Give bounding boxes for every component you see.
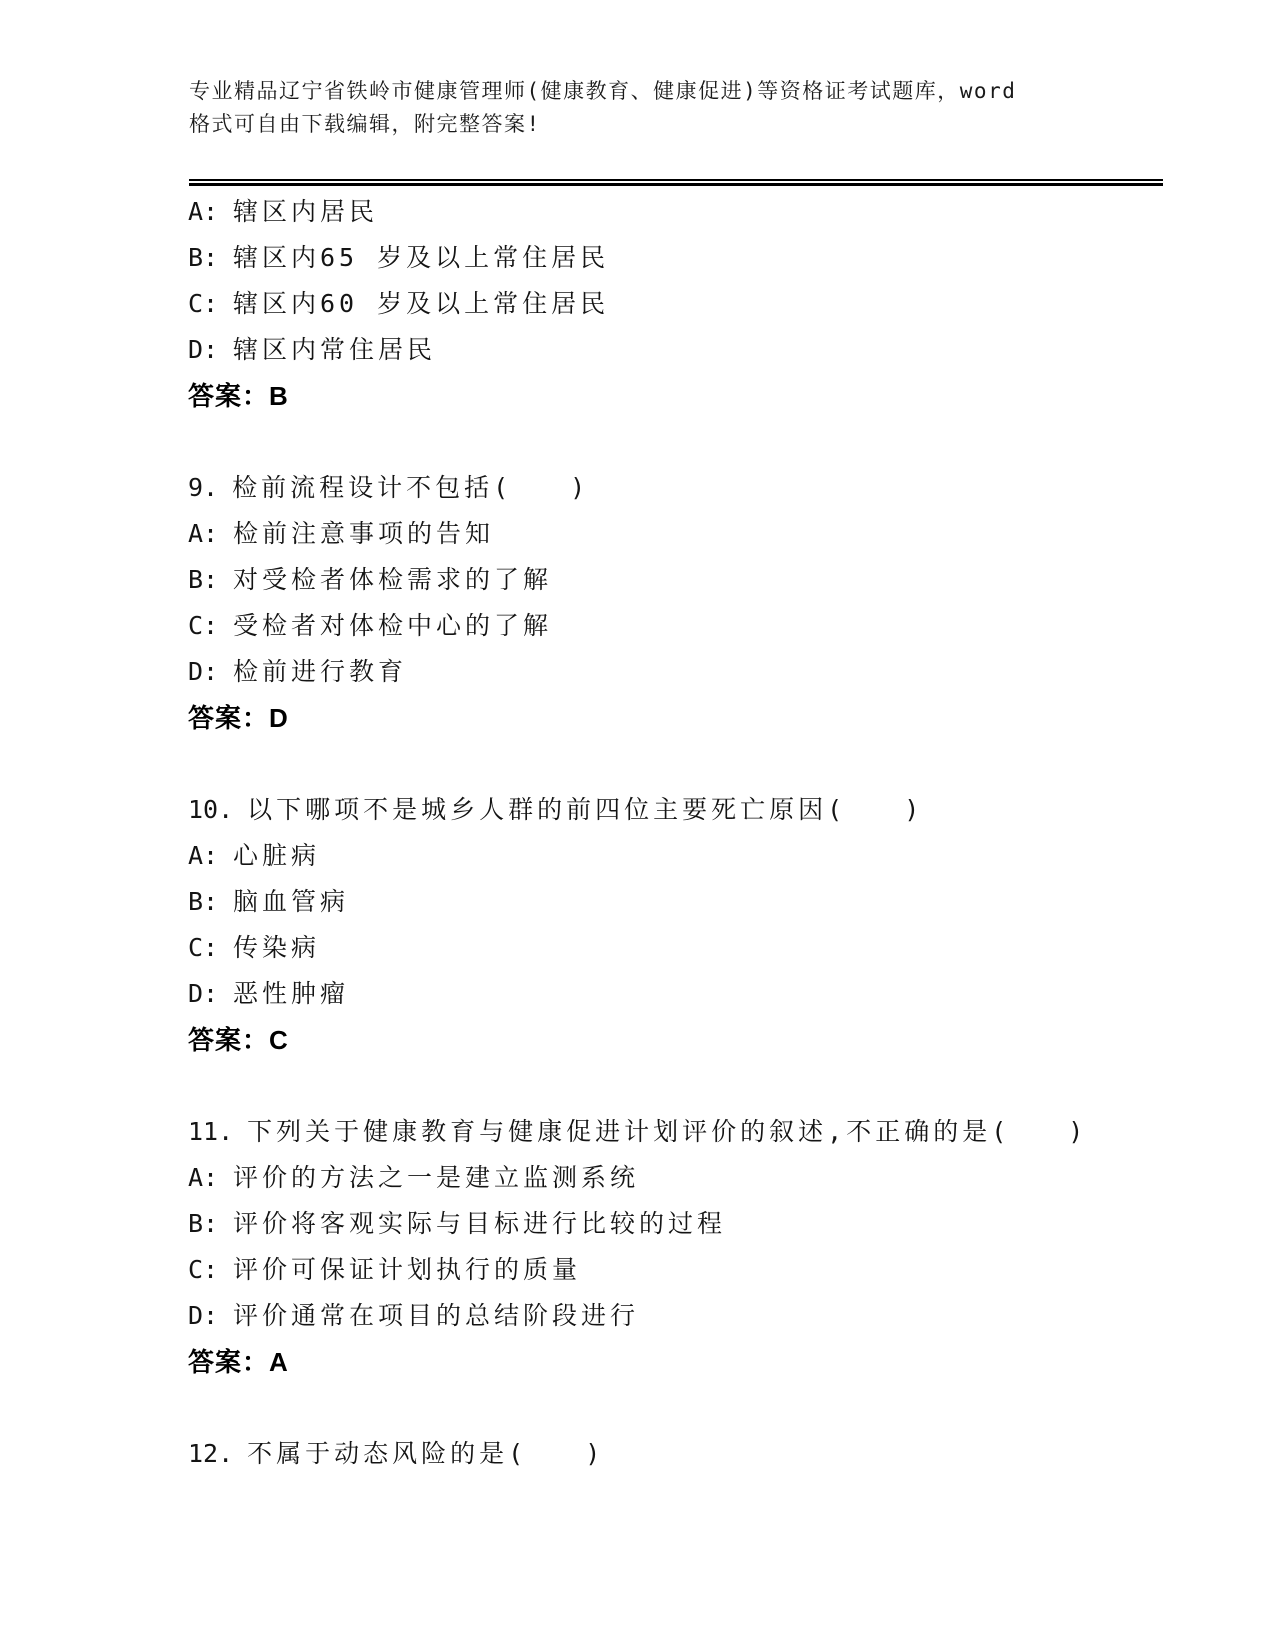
option-label: A: [188, 841, 233, 871]
question-number: 12. [188, 1439, 233, 1469]
option-label: C: [188, 611, 233, 641]
option-text: 评价可保证计划执行的质量 [233, 1255, 581, 1284]
option-d: D:检前进行教育 [188, 657, 407, 687]
option-d: D:恶性肿瘤 [188, 979, 349, 1009]
option-label: A: [188, 197, 233, 227]
option-d: D:辖区内常住居民 [188, 335, 436, 365]
question-9: 9.检前流程设计不包括() [188, 473, 589, 503]
question-12: 12.不属于动态风险的是() [188, 1439, 604, 1469]
option-label: C: [188, 289, 233, 319]
option-label: C: [188, 1255, 233, 1285]
option-text: 传染病 [233, 933, 320, 962]
question-close-paren: ) [570, 473, 589, 502]
question-number: 11. [188, 1117, 233, 1147]
question-close-paren: ) [1068, 1117, 1087, 1146]
option-label: C: [188, 933, 233, 963]
question-11: 11.下列关于健康教育与健康促进计划评价的叙述,不正确的是() [188, 1117, 1087, 1147]
question-10: 10.以下哪项不是城乡人群的前四位主要死亡原因() [188, 795, 923, 825]
option-b: B:辖区内65 岁及以上常住居民 [188, 243, 609, 273]
header-divider-thin [189, 179, 1163, 181]
option-label: A: [188, 519, 233, 549]
option-c: C:辖区内60 岁及以上常住居民 [188, 289, 609, 319]
option-label: D: [188, 979, 233, 1009]
answer-line: 答案：D [188, 703, 289, 733]
option-c: C:评价可保证计划执行的质量 [188, 1255, 581, 1285]
option-a: A:检前注意事项的告知 [188, 519, 494, 549]
option-text: 辖区内常住居民 [233, 335, 436, 364]
header-line-2: 格式可自由下载编辑，附完整答案! [189, 108, 1089, 141]
question-number: 9. [188, 473, 218, 503]
option-text: 评价将客观实际与目标进行比较的过程 [233, 1209, 726, 1238]
question-text: 不属于动态风险的是( [247, 1439, 527, 1468]
option-a: A:心脏病 [188, 841, 320, 871]
option-text: 辖区内60 岁及以上常住居民 [233, 289, 609, 318]
option-text: 受检者对体检中心的了解 [233, 611, 552, 640]
option-b: B:对受检者体检需求的了解 [188, 565, 552, 595]
header-divider-thick [189, 183, 1163, 186]
answer-line: 答案：B [188, 381, 289, 411]
answer-line: 答案：A [188, 1347, 289, 1377]
option-label: B: [188, 887, 233, 917]
option-label: B: [188, 565, 233, 595]
header-line-1: 专业精品辽宁省铁岭市健康管理师(健康教育、健康促进)等资格证考试题库，word [189, 75, 1089, 108]
answer-line: 答案：C [188, 1025, 289, 1055]
option-label: D: [188, 335, 233, 365]
question-close-paren: ) [904, 795, 923, 824]
option-b: B:脑血管病 [188, 887, 349, 917]
question-number: 10. [188, 795, 233, 825]
option-text: 恶性肿瘤 [233, 979, 349, 1008]
option-text: 检前注意事项的告知 [233, 519, 494, 548]
option-text: 辖区内居民 [233, 197, 378, 226]
option-text: 脑血管病 [233, 887, 349, 916]
option-label: B: [188, 1209, 233, 1239]
option-label: D: [188, 1301, 233, 1331]
option-a: A:评价的方法之一是建立监测系统 [188, 1163, 639, 1193]
option-c: C:传染病 [188, 933, 320, 963]
document-page: 专业精品辽宁省铁岭市健康管理师(健康教育、健康促进)等资格证考试题库，word … [0, 0, 1275, 1650]
option-text: 评价通常在项目的总结阶段进行 [233, 1301, 639, 1330]
question-text: 检前流程设计不包括( [232, 473, 512, 502]
option-a: A:辖区内居民 [188, 197, 378, 227]
question-text: 以下哪项不是城乡人群的前四位主要死亡原因( [247, 795, 846, 824]
option-text: 评价的方法之一是建立监测系统 [233, 1163, 639, 1192]
option-label: B: [188, 243, 233, 273]
question-text: 下列关于健康教育与健康促进计划评价的叙述,不正确的是( [247, 1117, 1010, 1146]
option-text: 辖区内65 岁及以上常住居民 [233, 243, 609, 272]
option-text: 检前进行教育 [233, 657, 407, 686]
option-text: 对受检者体检需求的了解 [233, 565, 552, 594]
question-close-paren: ) [585, 1439, 604, 1468]
option-c: C:受检者对体检中心的了解 [188, 611, 552, 641]
option-label: D: [188, 657, 233, 687]
option-text: 心脏病 [233, 841, 320, 870]
option-label: A: [188, 1163, 233, 1193]
option-b: B:评价将客观实际与目标进行比较的过程 [188, 1209, 726, 1239]
option-d: D:评价通常在项目的总结阶段进行 [188, 1301, 639, 1331]
document-header: 专业精品辽宁省铁岭市健康管理师(健康教育、健康促进)等资格证考试题库，word … [189, 75, 1089, 141]
